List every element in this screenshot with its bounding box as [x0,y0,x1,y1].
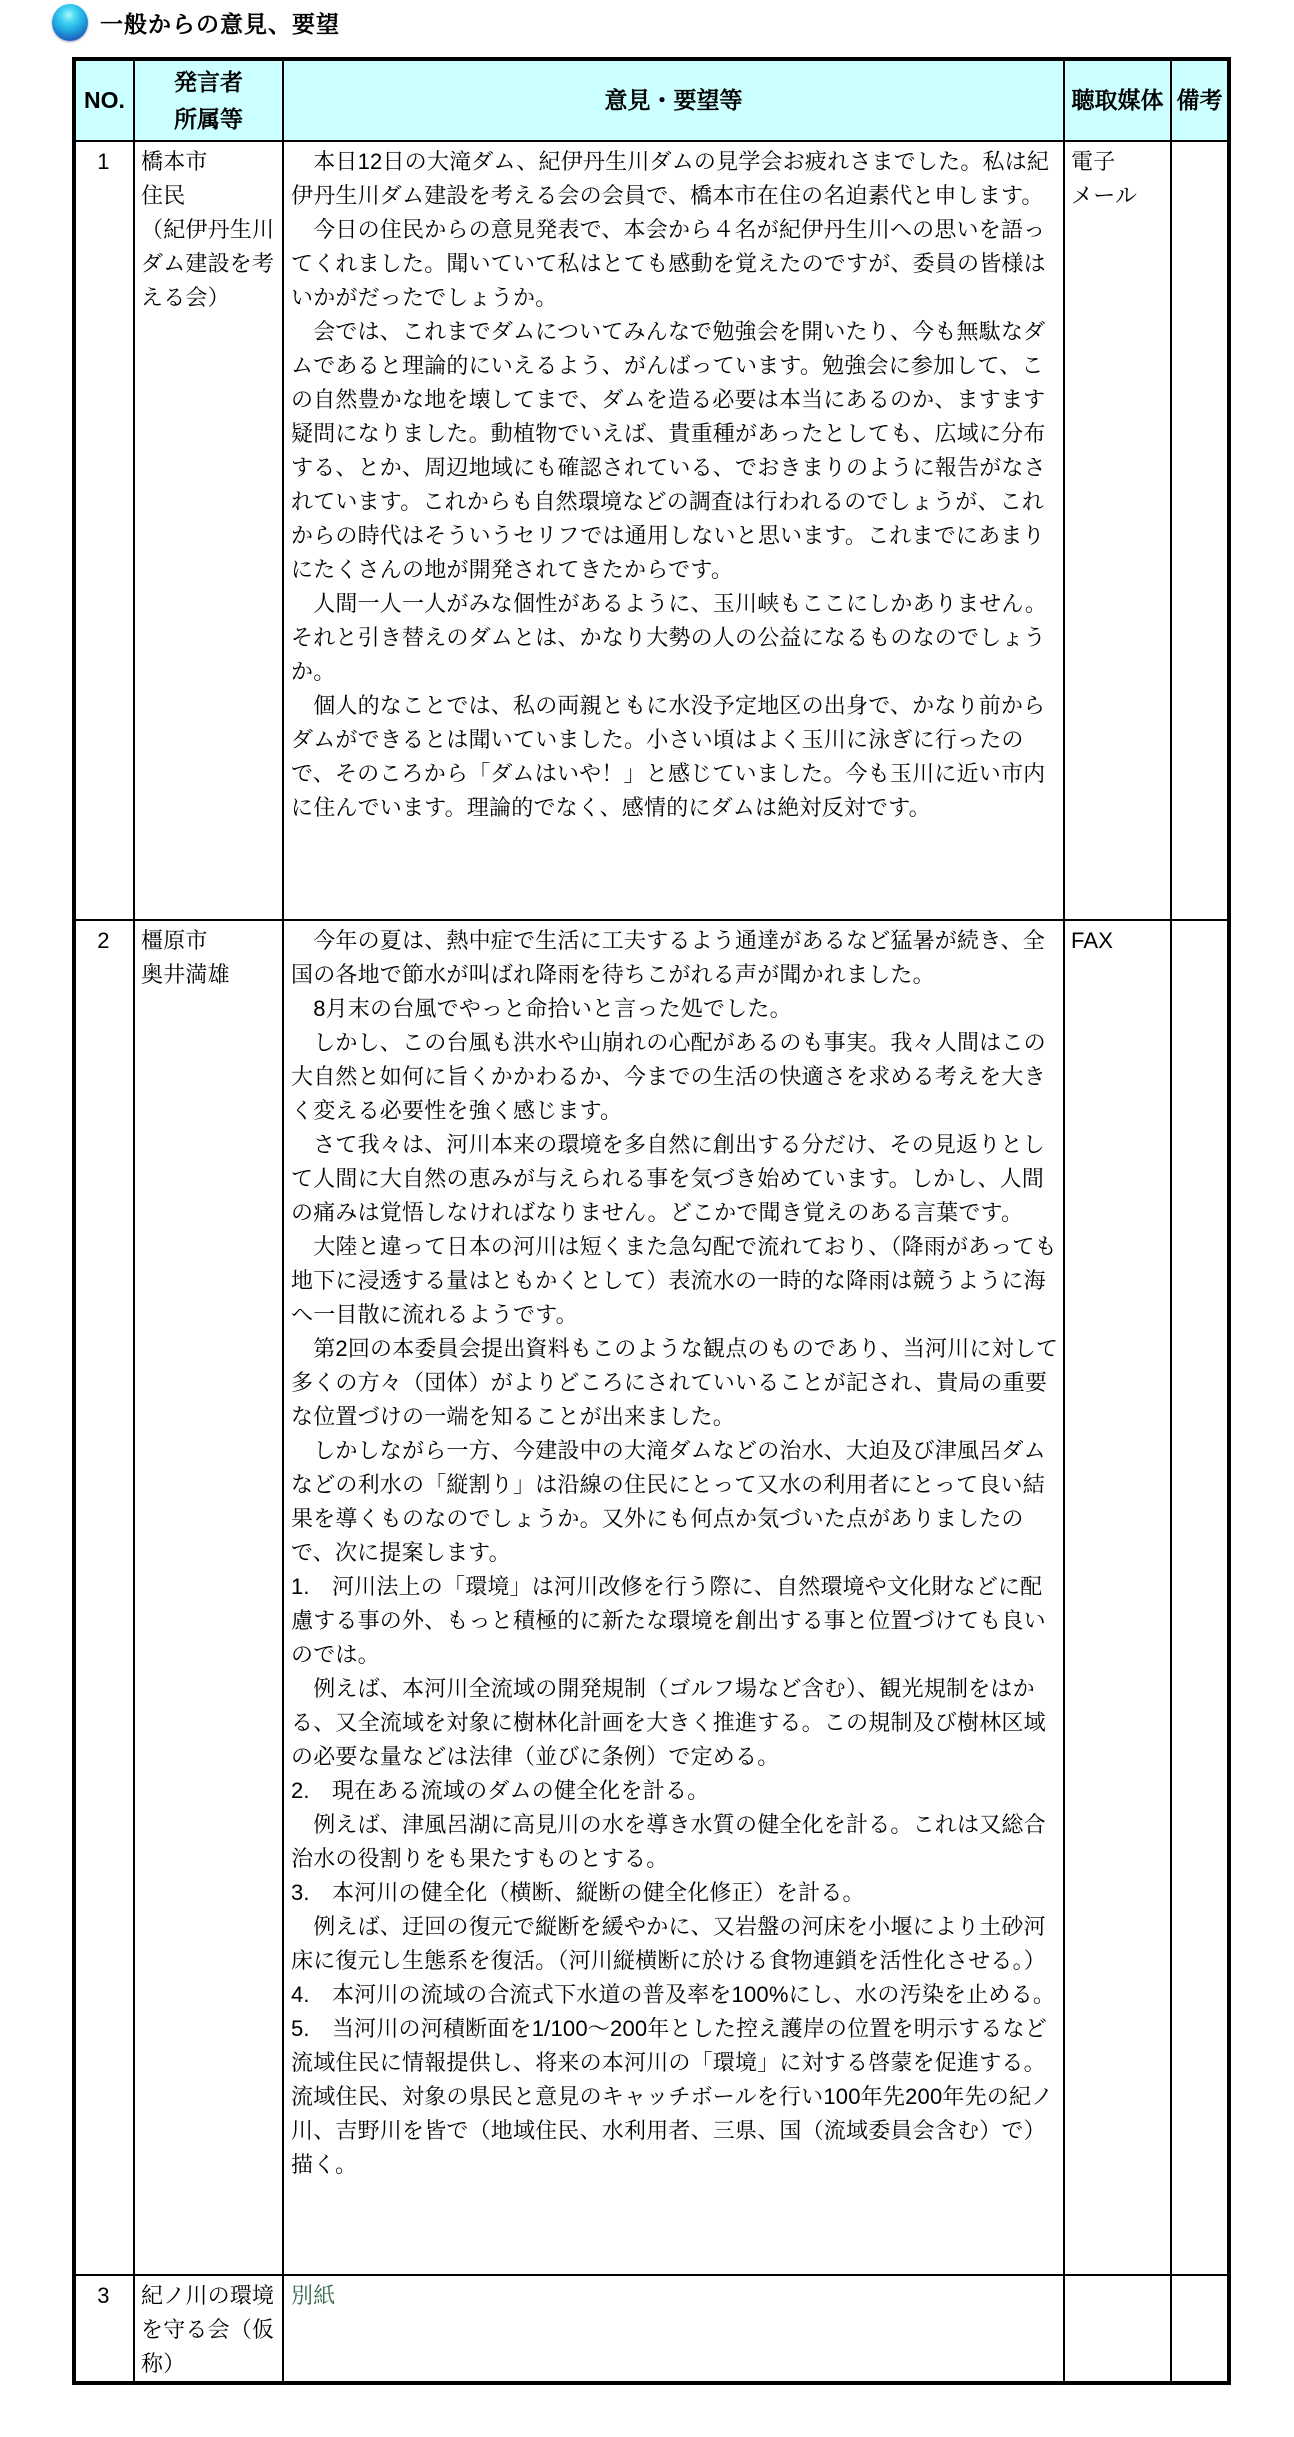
col-header-opinion: 意見・要望等 [283,59,1064,141]
speaker-cell: 橋本市 住民 （紀伊丹生川ダム建設を考える会） [134,141,283,920]
opinion-cell: 今年の夏は、熱中症で生活に工夫するよう通達があるなど猛暑が続き、全国の各地で節水… [283,920,1064,2275]
page-title: 一般からの意見、要望 [100,6,340,39]
media-cell [1064,2275,1171,2383]
header-row: NO. 発言者 所属等 意見・要望等 聴取媒体 備考 [74,59,1229,141]
remarks-cell [1171,920,1229,2275]
table-row: 3 紀ノ川の環境を守る会（仮称） 別紙 [74,2275,1229,2383]
document-header: 一般からの意見、要望 [52,4,340,41]
col-header-speaker: 発言者 所属等 [134,59,283,141]
remarks-cell [1171,2275,1229,2383]
col-header-no: NO. [74,59,134,141]
opinion-cell: 本日12日の大滝ダム、紀伊丹生川ダムの見学会お疲れさまでした。私は紀伊丹生川ダム… [283,141,1064,920]
no-cell: 1 [74,141,134,920]
table-row: 2 橿原市 奥井満雄 今年の夏は、熱中症で生活に工夫するよう通達があるなど猛暑が… [74,920,1229,2275]
speaker-cell: 橿原市 奥井満雄 [134,920,283,2275]
speaker-cell: 紀ノ川の環境を守る会（仮称） [134,2275,283,2383]
bullet-sphere-icon [52,4,88,41]
no-cell: 2 [74,920,134,2275]
remarks-cell [1171,141,1229,920]
media-cell: 電子 メール [1064,141,1171,920]
table-row: 1 橋本市 住民 （紀伊丹生川ダム建設を考える会） 本日12日の大滝ダム、紀伊丹… [74,141,1229,920]
media-cell: FAX [1064,920,1171,2275]
col-header-remarks: 備考 [1171,59,1229,141]
no-cell: 3 [74,2275,134,2383]
col-header-media: 聴取媒体 [1064,59,1171,141]
opinions-table: NO. 発言者 所属等 意見・要望等 聴取媒体 備考 1 橋本市 住民 （紀伊丹… [72,57,1231,2385]
attachment-reference: 別紙 [283,2275,1064,2383]
